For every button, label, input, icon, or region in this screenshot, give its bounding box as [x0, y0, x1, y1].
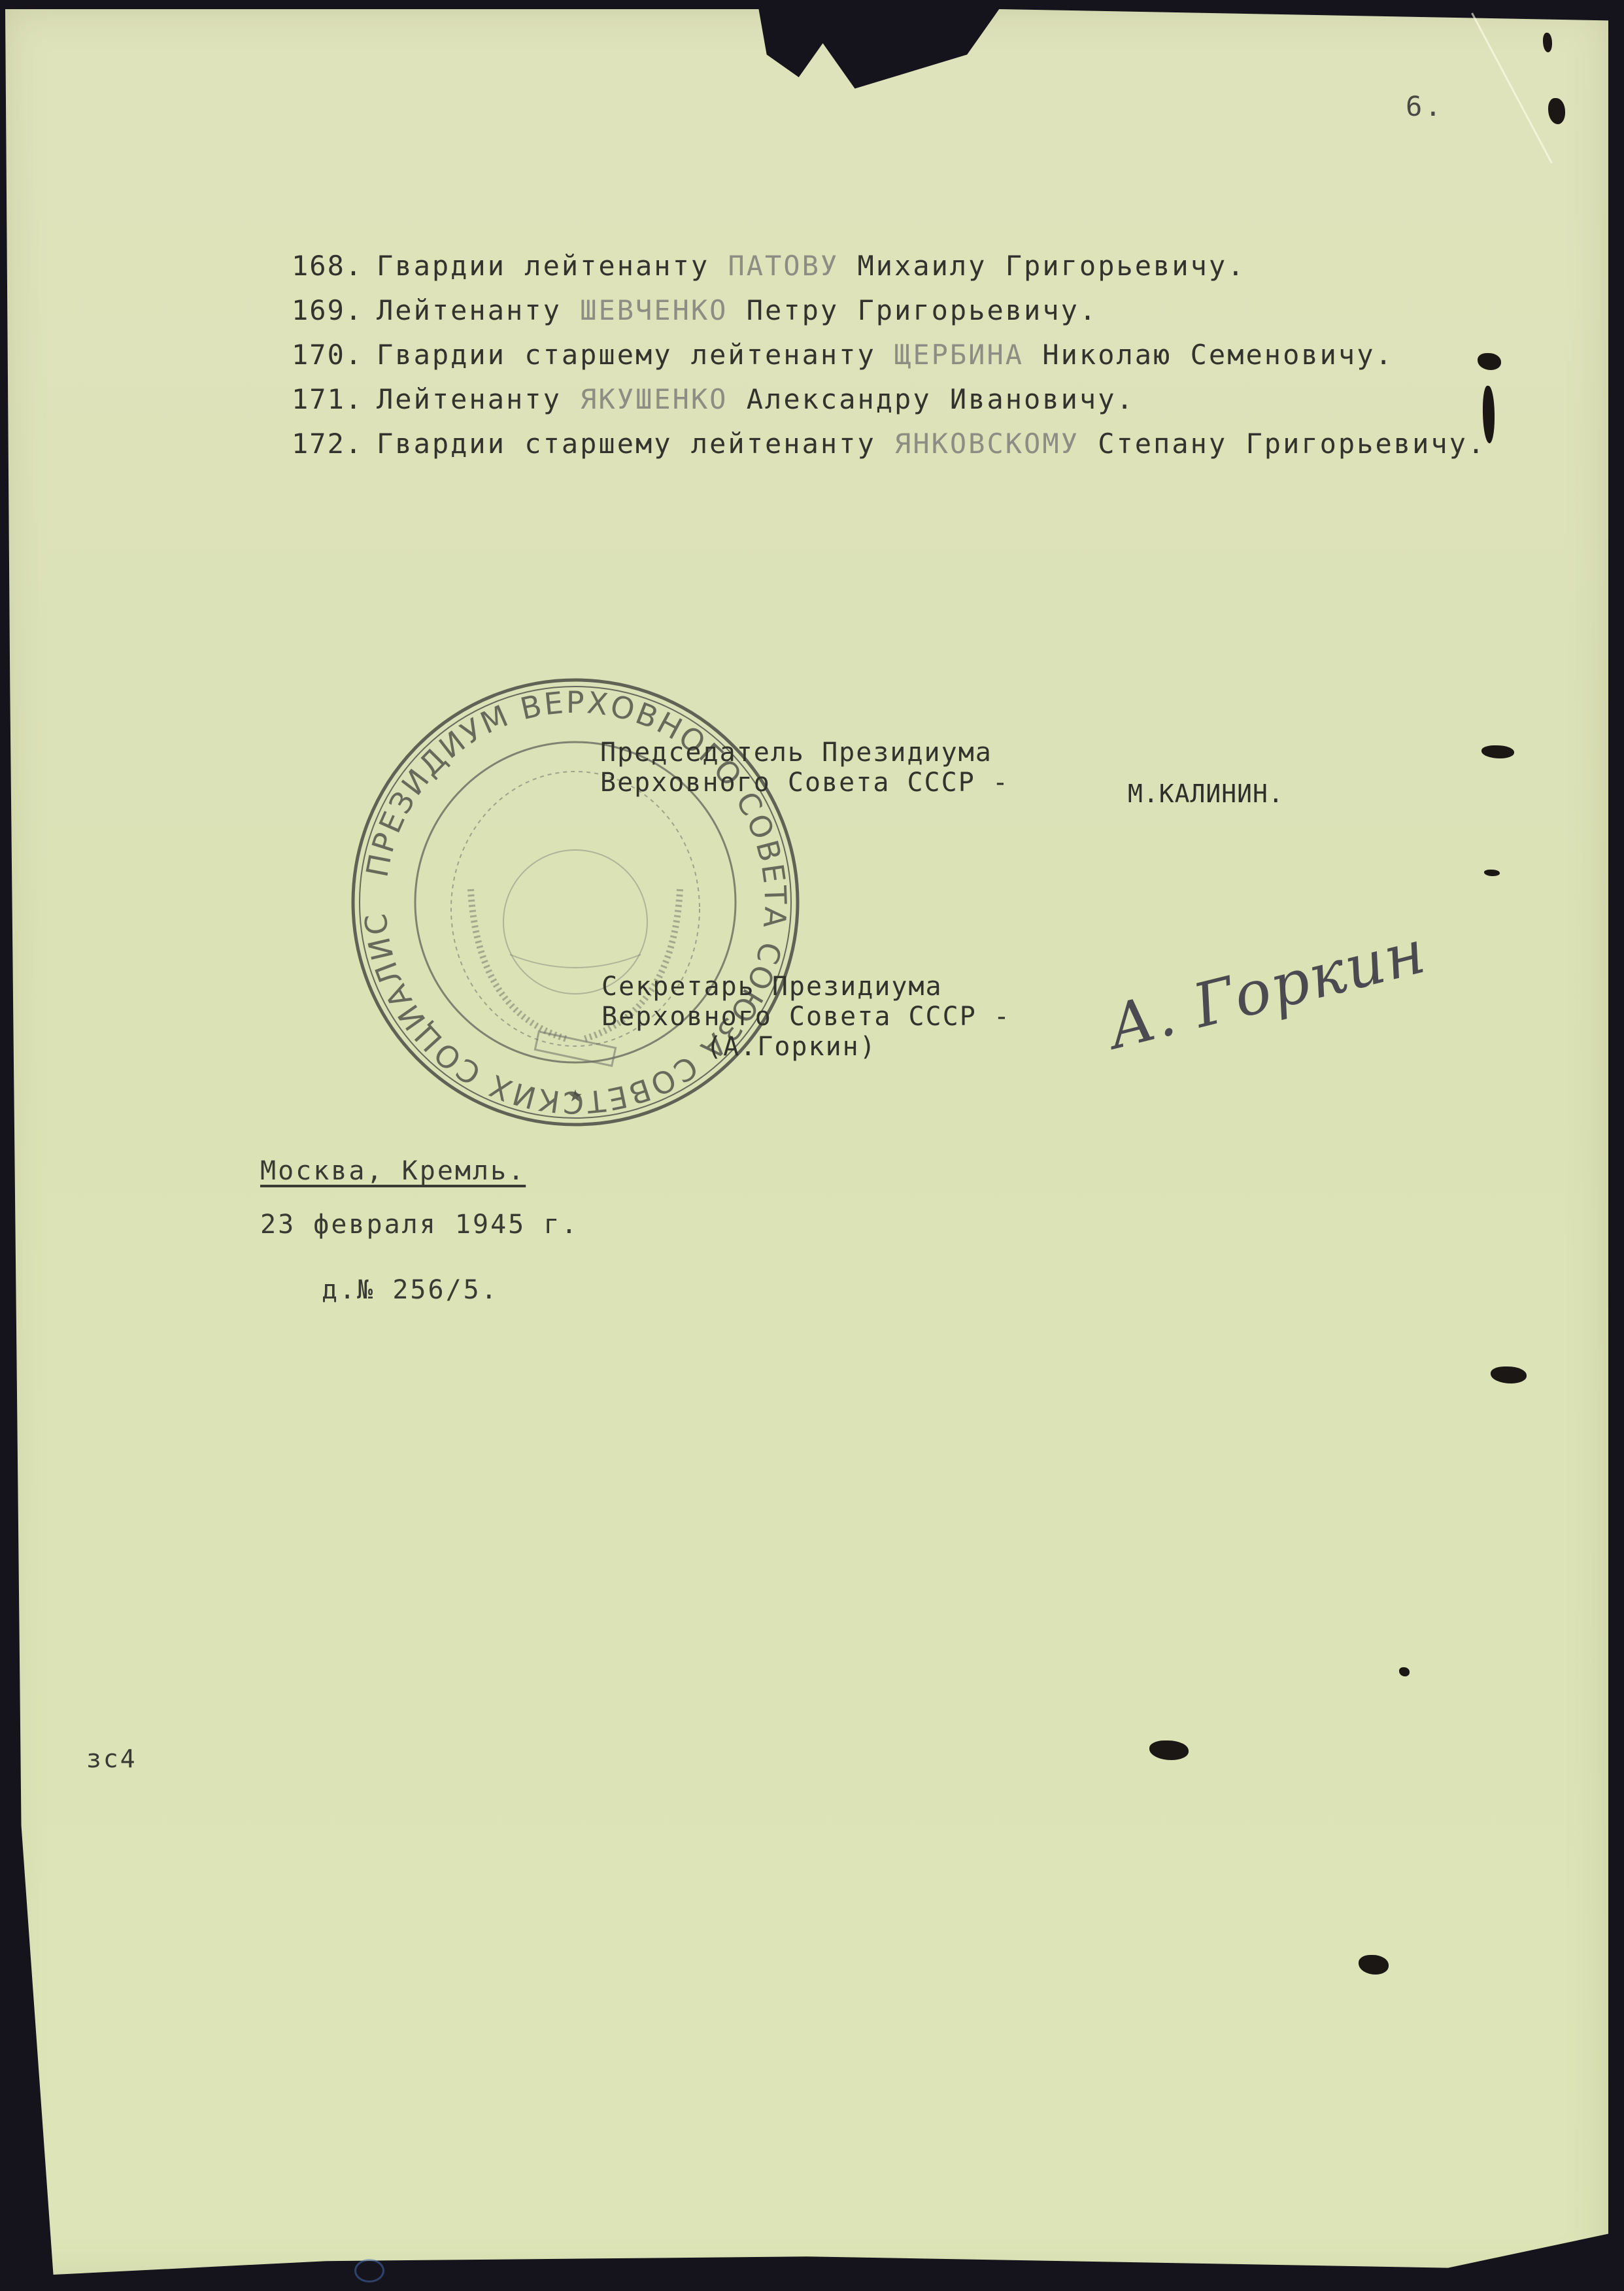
entry-rank: Гвардии лейтенанту — [377, 250, 709, 282]
entry-text: Гвардии лейтенанту ПАТОВУ Михаилу Григор… — [377, 250, 1245, 282]
file-number: д.№ 256/5. — [322, 1275, 499, 1305]
chairman-title-line2: Верховного Совета СССР - — [600, 768, 1009, 798]
seal-star-icon: ★ — [568, 1081, 583, 1108]
entry-rank: Лейтенанту — [377, 383, 562, 415]
secretary-name: (А.Горкин) — [601, 1032, 1011, 1062]
entry-surname: ЩЕРБИНА — [894, 339, 1024, 371]
entry-text: Лейтенанту ЯКУШЕНКО Александру Ивановичу… — [377, 383, 1135, 415]
entry-text: Гвардии старшему лейтенанту ЯНКОВСКОМУ С… — [377, 428, 1486, 460]
list-item: 169. Лейтенанту ШЕВЧЕНКО Петру Григорьев… — [292, 288, 1486, 332]
entry-surname: ПАТОВУ — [728, 250, 839, 282]
entry-text: Гвардии старшему лейтенанту ЩЕРБИНА Нико… — [377, 339, 1394, 371]
entry-surname: ЯНКОВСКОМУ — [894, 428, 1079, 460]
entry-surname: ЯКУШЕНКО — [580, 383, 728, 415]
issue-date: 23 февраля 1945 г. — [260, 1210, 579, 1240]
entry-given-name: Николаю Семеновичу. — [1042, 339, 1393, 371]
punch-hole — [1548, 98, 1565, 124]
entry-rank: Гвардии старшему лейтенанту — [377, 428, 876, 460]
place-of-issue: Москва, Кремль. — [260, 1156, 526, 1186]
entry-given-name: Степану Григорьевичу. — [1098, 428, 1486, 460]
entry-rank: Гвардии старшему лейтенанту — [377, 339, 876, 371]
entry-given-name: Михаилу Григорьевичу. — [857, 250, 1245, 282]
secretary-title-line2: Верховного Совета СССР - — [601, 1002, 1011, 1032]
entry-rank: Лейтенанту — [377, 294, 562, 326]
entry-text: Лейтенанту ШЕВЧЕНКО Петру Григорьевичу. — [377, 294, 1098, 326]
chairman-name: М.КАЛИНИН. — [1128, 779, 1284, 808]
secretary-title-line1: Секретарь Президиума — [601, 972, 1011, 1002]
chairman-signature-block: Председатель Президиума Верховного Совет… — [600, 738, 1009, 798]
entry-number: 168. — [292, 250, 377, 282]
award-list: 168. Гвардии лейтенанту ПАТОВУ Михаилу Г… — [292, 243, 1486, 466]
punch-hole — [1483, 386, 1495, 443]
entry-given-name: Александру Ивановичу. — [747, 383, 1135, 415]
list-item: 172. Гвардии старшему лейтенанту ЯНКОВСК… — [292, 421, 1486, 466]
entry-surname: ШЕВЧЕНКО — [580, 294, 728, 326]
list-item: 168. Гвардии лейтенанту ПАТОВУ Михаилу Г… — [292, 243, 1486, 288]
chairman-title-line1: Председатель Президиума — [600, 738, 1009, 768]
list-item: 171. Лейтенанту ЯКУШЕНКО Александру Иван… — [292, 377, 1486, 421]
entry-number: 172. — [292, 428, 377, 460]
ink-stain — [354, 2259, 384, 2283]
punch-hole — [1484, 870, 1500, 876]
punch-hole — [1543, 33, 1552, 52]
list-item: 170. Гвардии старшему лейтенанту ЩЕРБИНА… — [292, 332, 1486, 377]
punch-hole — [1399, 1667, 1410, 1676]
secretary-signature-block: Секретарь Президиума Верховного Совета С… — [601, 972, 1011, 1062]
entry-number: 169. — [292, 294, 377, 326]
entry-given-name: Петру Григорьевичу. — [747, 294, 1098, 326]
entry-number: 170. — [292, 339, 377, 371]
page-number: 6. — [1406, 90, 1444, 122]
typist-mark: зс4 — [86, 1744, 137, 1773]
entry-number: 171. — [292, 383, 377, 415]
